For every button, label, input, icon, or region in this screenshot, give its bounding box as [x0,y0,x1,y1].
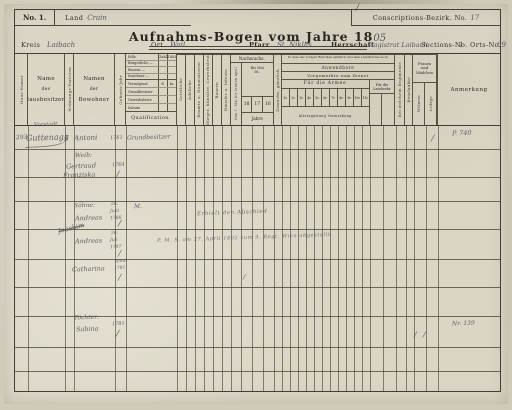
pfarr-label: Pfarr [249,41,270,49]
armee-block: Für die Armee 1r2r3r4r5r6r7r8r9r10r11r A… [282,80,370,125]
classification-group: Classification des männlichen Geschlecht… [177,54,438,125]
col-qualification: EdleZahl1805 Bürgerliche — Bauern — Inwo… [126,54,177,125]
class-col-cottagers: Häusler u. Inleute [222,55,231,125]
land-value: Crain [83,14,107,22]
col-residents: NamenderBewohner [74,54,115,125]
pfarr-value: St. Niklas [277,41,312,49]
ort-label: Ort [151,41,163,49]
scanned-document-page: { "header": { "sheet_no": "No. 1.", "lan… [0,0,512,410]
nachwuchs-range: Bis Mai18.. [242,63,273,97]
widows-col: Witwen [413,83,425,125]
conscription-table: Haus-Numer NamedesHausbesitzers Wohnungs… [15,53,500,391]
herrschaft-value: Magistrat Laibach [367,41,428,49]
table-header: Haus-Numer NamedesHausbesitzers Wohnungs… [15,54,500,126]
zuwachs-col: Zuwachs, gänzlich [274,55,282,125]
conscription-district-value: 17 [470,14,479,22]
regiment-col: Bei welchem Regimente [395,55,405,125]
form-frame: No. 1. Land Crain Conscriptions-Bezirk. … [14,9,501,392]
kreis-label: Kreis [21,41,40,49]
women-box: FrauenundMädchen Witwen Ledige [413,55,437,125]
qualification-upper-box: EdleZahl1805 Bürgerliche — Bauern — Inwo… [126,54,176,80]
single-women-col: Ledige [425,83,436,125]
section-line2: Anwendbare [282,64,395,72]
col-owner-name: NamedesHausbesitzers [28,54,65,125]
nachwuchs-side-label: Vom 1. Mai bis letzten April [231,63,242,125]
nachwuchs-title: Nachwuchs. [231,55,273,63]
nachwuchs-years: 18 17 16 [242,97,273,113]
orts-value: 69 [497,41,506,49]
armee-class-numbers: 1r2r3r4r5r6r7r8r9r10r11r [282,89,369,107]
armee-bottom-label: Altersgattung Vormerkung [282,107,369,125]
section-line3: Vorgemerkte zum Dienst [282,72,395,80]
landwehr-block: Für dieLandwehr [370,80,395,125]
header-right-cell: Conscriptions-Bezirk. No. 17 [351,10,500,26]
col-birth-year: Geburts-Jahr [115,54,126,125]
landwehr-subcols [370,94,395,125]
armee-label: Für die Armee [282,80,369,89]
class-col-burghers: Bürger, Künstler, Gewerbsleute [204,55,213,125]
grid-lines [15,126,500,391]
header-left-cell: No. 1. Land Crain [15,10,191,26]
beurlaubte-col: Beurlaubte [405,55,413,125]
class-col-nobles: Adeliche [186,55,195,125]
nachwuchs-unit: Jahre [242,113,273,125]
section-line1: In dem der vorigen Rubriken gänzlich und… [282,55,395,64]
table-body [15,126,500,391]
kreis-value: Laibach [47,41,75,49]
col-dwelling-party: Wohnungs-Parteien [65,54,74,125]
land-label: Land [55,14,83,22]
nachwuchs-box: Nachwuchs. Vom 1. Mai bis letzten April … [231,55,274,125]
class-col-farmers: Bauern [213,55,222,125]
col-remarks: Anmerkung [438,54,500,125]
class-col-officials: Beamte u. Honoratioren [195,55,204,125]
location-fields-row: Kreis Laibach Ort Wail Pfarr St. Niklas … [15,41,500,53]
conscription-district-label: Conscriptions-Bezirk. No. [373,14,468,22]
class-col-clergy: Geistliche [177,55,186,125]
landwehr-label: Für dieLandwehr [370,80,395,94]
paper-sheet: ∕ No. 1. Land Crain Conscriptions-Bezirk… [4,4,508,404]
qualification-label: Qualification. [126,112,176,125]
qualification-lower-box: Vermögendfl.kr. Grundbesitzer Gewerbsleu… [126,80,176,112]
service-section: In dem der vorigen Rubriken gänzlich und… [282,55,396,125]
sheet-number: No. 1. [15,13,54,22]
col-house-number: Haus-Numer [15,54,28,125]
women-box-title: FrauenundMädchen [413,55,436,83]
sections-value: 1 [459,41,463,49]
ort-value: Wail [170,41,185,49]
